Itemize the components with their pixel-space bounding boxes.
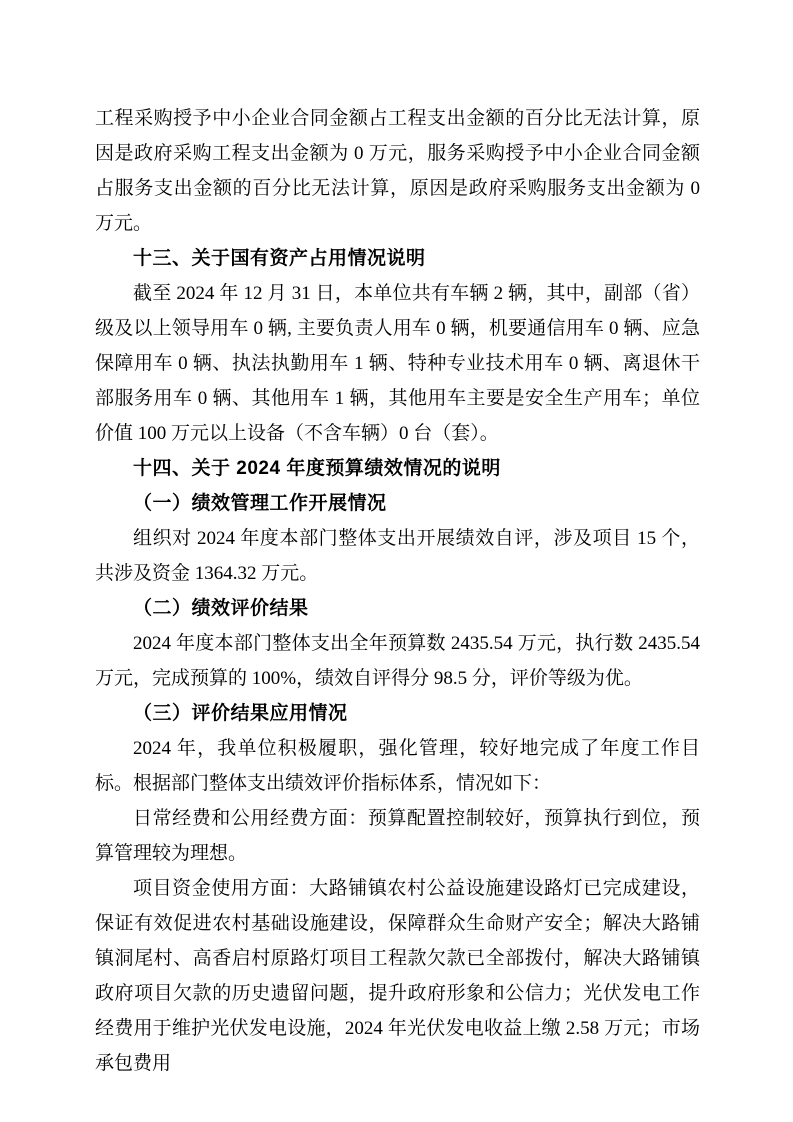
body-paragraph: 组织对 2024 年度本部门整体支出开展绩效自评，涉及项目 15 个，共涉及资金…	[95, 521, 700, 591]
body-paragraph: 2024 年度本部门整体支出全年预算数 2435.54 万元，执行数 2435.…	[95, 626, 700, 696]
body-paragraph: 工程采购授予中小企业合同金额占工程支出金额的百分比无法计算，原因是政府采购工程支…	[95, 101, 700, 241]
body-paragraph: 项目资金使用方面：大路铺镇农村公益设施建设路灯已完成建设，保证有效促进农村基础设…	[95, 871, 700, 1081]
body-paragraph: 截至 2024 年 12 月 31 日，本单位共有车辆 2 辆，其中，副部（省）…	[95, 276, 700, 451]
subsection-heading: （三）评价结果应用情况	[95, 696, 700, 731]
document-page: 工程采购授予中小企业合同金额占工程支出金额的百分比无法计算，原因是政府采购工程支…	[0, 0, 793, 1122]
body-paragraph: 2024 年，我单位积极履职，强化管理，较好地完成了年度工作目标。根据部门整体支…	[95, 731, 700, 801]
subsection-heading: （二）绩效评价结果	[95, 591, 700, 626]
section-heading: 十四、关于 2024 年度预算绩效情况的说明	[95, 451, 700, 486]
body-paragraph: 日常经费和公用经费方面：预算配置控制较好，预算执行到位，预算管理较为理想。	[95, 801, 700, 871]
subsection-heading: （一）绩效管理工作开展情况	[95, 486, 700, 521]
section-heading: 十三、关于国有资产占用情况说明	[95, 241, 700, 276]
